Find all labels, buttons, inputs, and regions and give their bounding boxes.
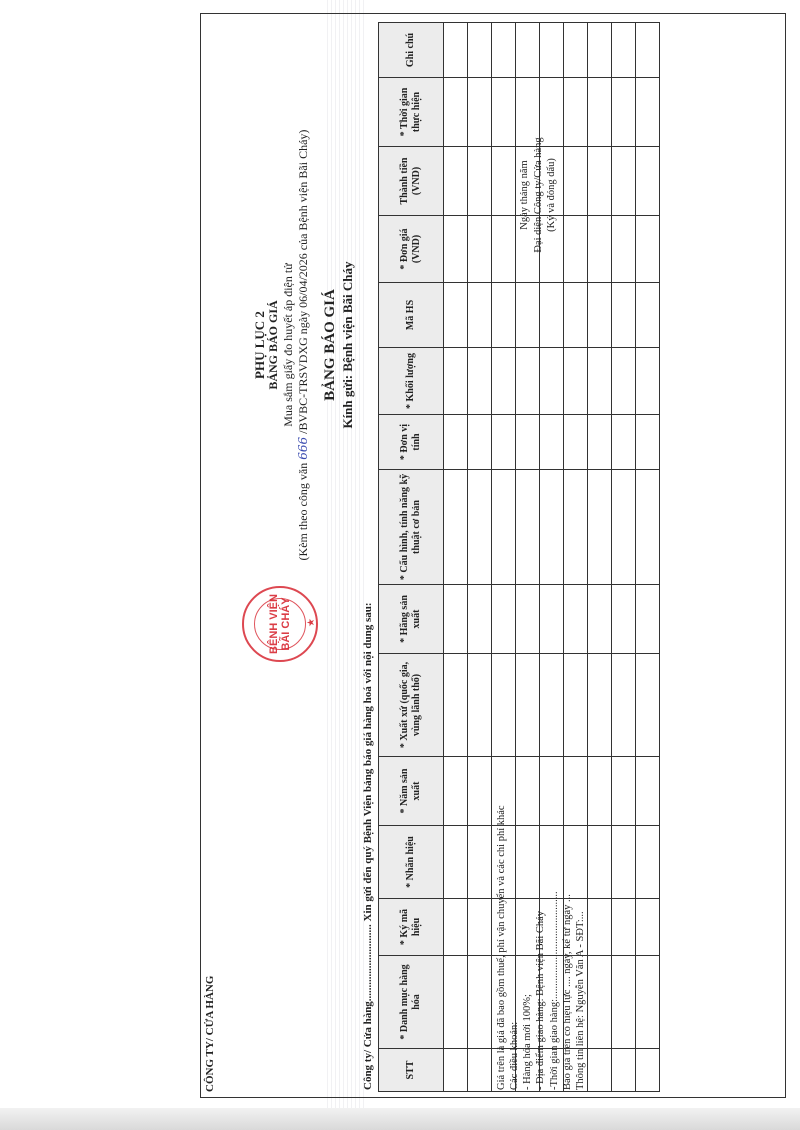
table-cell[interactable] xyxy=(636,826,660,899)
table-cell[interactable] xyxy=(444,654,468,757)
company-header: CÔNG TY/ CỬA HÀNG xyxy=(204,976,216,1092)
table-cell[interactable] xyxy=(468,757,492,826)
table-cell[interactable] xyxy=(492,470,516,585)
table-cell[interactable] xyxy=(588,348,612,415)
table-cell[interactable] xyxy=(636,470,660,585)
table-cell[interactable] xyxy=(444,283,468,348)
signature-block: Ngày tháng năm Đại diện Công ty/Cửa hàng… xyxy=(518,80,559,310)
table-row xyxy=(636,23,660,1092)
terms-line: -Thời gian giao hàng:...................… xyxy=(548,805,561,1090)
appendix-title: BẢNG BÁO GIÁ xyxy=(266,0,281,900)
column-header: Mã HS xyxy=(379,283,444,348)
table-cell[interactable] xyxy=(588,147,612,216)
table-cell[interactable] xyxy=(588,585,612,654)
table-header-row: STT* Danh mục hàng hóa* Ký mã hiệu* Nhãn… xyxy=(379,23,444,1092)
table-cell[interactable] xyxy=(636,348,660,415)
table-cell[interactable] xyxy=(588,757,612,826)
table-cell[interactable] xyxy=(444,23,468,78)
table-cell[interactable] xyxy=(444,1049,468,1092)
sign-note: (Ký và đóng dấu) xyxy=(545,80,559,310)
table-cell[interactable] xyxy=(468,147,492,216)
table-cell[interactable] xyxy=(468,956,492,1049)
table-cell[interactable] xyxy=(564,78,588,147)
table-cell[interactable] xyxy=(468,216,492,283)
table-cell[interactable] xyxy=(564,415,588,470)
column-header: * Ký mã hiệu xyxy=(379,899,444,956)
table-cell[interactable] xyxy=(516,585,540,654)
table-cell[interactable] xyxy=(612,1049,636,1092)
table-cell[interactable] xyxy=(492,654,516,757)
table-cell[interactable] xyxy=(444,757,468,826)
date-line: Ngày tháng năm xyxy=(518,80,532,310)
table-cell[interactable] xyxy=(612,415,636,470)
reference-suffix: /BVBC-TRSVDXG ngày 06/04/2026 của Bệnh v… xyxy=(296,130,310,437)
table-cell[interactable] xyxy=(636,23,660,78)
table-cell[interactable] xyxy=(468,585,492,654)
table-cell[interactable] xyxy=(612,956,636,1049)
table-cell[interactable] xyxy=(612,757,636,826)
table-row xyxy=(588,23,612,1092)
table-cell[interactable] xyxy=(588,216,612,283)
terms-line: Báo giá trên có hiệu lực .... ngày, kể t… xyxy=(561,805,574,1090)
table-cell[interactable] xyxy=(612,654,636,757)
table-cell[interactable] xyxy=(492,283,516,348)
table-cell[interactable] xyxy=(612,283,636,348)
reference-prefix: (Kèm theo công văn xyxy=(296,460,310,561)
table-cell[interactable] xyxy=(444,585,468,654)
table-cell[interactable] xyxy=(516,415,540,470)
terms-line: - Địa điểm giao hàng: Bệnh viện Bãi Cháy xyxy=(534,805,547,1090)
column-header: * Danh mục hàng hóa xyxy=(379,956,444,1049)
table-cell[interactable] xyxy=(444,826,468,899)
table-cell[interactable] xyxy=(468,23,492,78)
table-cell[interactable] xyxy=(564,348,588,415)
table-cell[interactable] xyxy=(516,654,540,757)
table-cell[interactable] xyxy=(492,585,516,654)
table-cell[interactable] xyxy=(588,826,612,899)
table-cell[interactable] xyxy=(492,415,516,470)
table-cell[interactable] xyxy=(588,654,612,757)
table-cell[interactable] xyxy=(612,216,636,283)
table-cell[interactable] xyxy=(492,147,516,216)
table-cell[interactable] xyxy=(636,283,660,348)
terms-line: Các điều khoản: xyxy=(508,805,521,1090)
column-header: * Năm sản xuất xyxy=(379,757,444,826)
appendix-reference: (Kèm theo công văn 666 /BVBC-TRSVDXG ngà… xyxy=(296,0,311,900)
table-cell[interactable] xyxy=(564,283,588,348)
table-cell[interactable] xyxy=(468,654,492,757)
table-cell[interactable] xyxy=(588,899,612,956)
table-cell[interactable] xyxy=(444,216,468,283)
signer-role: Đại diện Công ty/Cửa hàng xyxy=(532,80,546,310)
table-cell[interactable] xyxy=(636,216,660,283)
recipient: Kính gửi: Bệnh viện Bãi Cháy xyxy=(340,0,356,900)
table-cell[interactable] xyxy=(444,956,468,1049)
table-cell[interactable] xyxy=(444,470,468,585)
table-cell[interactable] xyxy=(636,415,660,470)
table-cell[interactable] xyxy=(564,470,588,585)
table-row xyxy=(612,23,636,1092)
table-cell[interactable] xyxy=(516,23,540,78)
column-header: * Đơn giá (VND) xyxy=(379,216,444,283)
terms-section: Giá trên là giá đã bao gồm thuế, phí vận… xyxy=(495,805,587,1090)
table-cell[interactable] xyxy=(468,348,492,415)
column-header: * Nhãn hiệu xyxy=(379,826,444,899)
table-cell[interactable] xyxy=(468,415,492,470)
table-cell[interactable] xyxy=(468,470,492,585)
table-cell[interactable] xyxy=(540,654,564,757)
table-cell[interactable] xyxy=(612,147,636,216)
table-cell[interactable] xyxy=(444,415,468,470)
table-row xyxy=(444,23,468,1092)
table-cell[interactable] xyxy=(636,654,660,757)
table-cell[interactable] xyxy=(612,348,636,415)
table-cell[interactable] xyxy=(588,956,612,1049)
table-cell[interactable] xyxy=(564,654,588,757)
table-cell[interactable] xyxy=(540,415,564,470)
handwritten-number: 666 xyxy=(296,437,310,460)
table-cell[interactable] xyxy=(636,956,660,1049)
table-cell[interactable] xyxy=(564,23,588,78)
table-cell[interactable] xyxy=(468,826,492,899)
table-cell[interactable] xyxy=(636,585,660,654)
column-header: * Xuất xứ (quốc gia, vùng lãnh thổ) xyxy=(379,654,444,757)
table-cell[interactable] xyxy=(444,78,468,147)
table-cell[interactable] xyxy=(612,585,636,654)
table-cell[interactable] xyxy=(444,147,468,216)
table-cell[interactable] xyxy=(540,348,564,415)
table-cell[interactable] xyxy=(468,283,492,348)
table-cell[interactable] xyxy=(636,899,660,956)
table-cell[interactable] xyxy=(492,348,516,415)
terms-line: Giá trên là giá đã bao gồm thuế, phí vận… xyxy=(495,805,508,1090)
column-header: * Cấu hình, tính năng kỹ thuật cơ bản xyxy=(379,470,444,585)
table-cell[interactable] xyxy=(468,1049,492,1092)
table-cell[interactable] xyxy=(564,216,588,283)
table-cell[interactable] xyxy=(492,78,516,147)
table-cell[interactable] xyxy=(444,899,468,956)
table-cell[interactable] xyxy=(636,147,660,216)
appendix-subject: Mua sắm giấy đo huyết áp điện tử xyxy=(281,0,296,900)
intro-line: Công ty/ Cửa hàng.......................… xyxy=(362,602,374,1090)
table-cell[interactable] xyxy=(444,348,468,415)
table-cell[interactable] xyxy=(516,470,540,585)
table-cell[interactable] xyxy=(612,899,636,956)
table-cell[interactable] xyxy=(540,470,564,585)
table-cell[interactable] xyxy=(612,78,636,147)
table-cell[interactable] xyxy=(612,470,636,585)
table-cell[interactable] xyxy=(492,23,516,78)
column-header: * Thời gian thực hiện xyxy=(379,78,444,147)
table-cell[interactable] xyxy=(636,1049,660,1092)
table-cell[interactable] xyxy=(468,78,492,147)
table-cell[interactable] xyxy=(564,585,588,654)
table-cell[interactable] xyxy=(588,23,612,78)
quotation-page: CÔNG TY/ CỬA HÀNG BỆNH VIỆN BÃI CHÁY ★ P… xyxy=(190,0,790,1110)
table-cell[interactable] xyxy=(636,757,660,826)
column-header: STT xyxy=(379,1049,444,1092)
table-row xyxy=(468,23,492,1092)
table-cell[interactable] xyxy=(564,147,588,216)
table-cell[interactable] xyxy=(636,78,660,147)
scan-edge xyxy=(0,1108,800,1130)
terms-line: Thông tin liên hệ: Nguyễn Văn A - SĐT:..… xyxy=(574,805,587,1090)
column-header: * Khối lượng xyxy=(379,348,444,415)
column-header: * Đơn vị tính xyxy=(379,415,444,470)
table-cell[interactable] xyxy=(540,23,564,78)
table-cell[interactable] xyxy=(540,585,564,654)
column-header: * Hãng sản xuất xyxy=(379,585,444,654)
table-cell[interactable] xyxy=(588,1049,612,1092)
table-cell[interactable] xyxy=(612,826,636,899)
table-cell[interactable] xyxy=(588,415,612,470)
table-cell[interactable] xyxy=(468,899,492,956)
terms-line: - Hàng hóa mới 100%; xyxy=(521,805,534,1090)
table-cell[interactable] xyxy=(588,78,612,147)
table-cell[interactable] xyxy=(612,23,636,78)
column-header: Thành tiền (VND) xyxy=(379,147,444,216)
table-cell[interactable] xyxy=(588,470,612,585)
table-cell[interactable] xyxy=(588,283,612,348)
document-title: BẢNG BÁO GIÁ xyxy=(322,0,339,900)
table-cell[interactable] xyxy=(492,216,516,283)
table-cell[interactable] xyxy=(516,348,540,415)
column-header: Ghi chú xyxy=(379,23,444,78)
